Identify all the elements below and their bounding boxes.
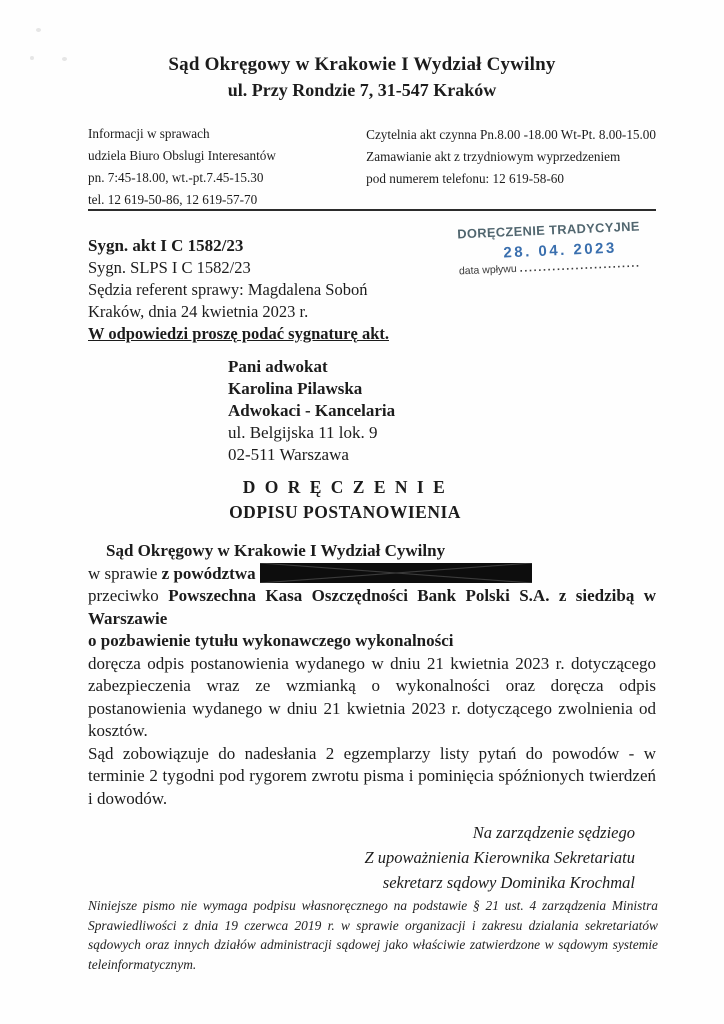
legal-footnote: Niniejsze pismo nie wymaga podpisu własn…: [88, 896, 658, 974]
court-letterhead: Sąd Okręgowy w Krakowie I Wydział Cywiln…: [0, 54, 724, 101]
body-defendant-line: przeciwko Powszechna Kasa Oszczędności B…: [88, 585, 656, 630]
contact-info-right: Czytelnia akt czynna Pn.8.00 -18.00 Wt-P…: [366, 123, 656, 211]
signature-block: Na zarządzenie sędziego Z upoważnienia K…: [364, 820, 635, 895]
place-date-line: Kraków, dnia 24 kwietnia 2023 r.: [88, 301, 389, 323]
signature-clerk-name: sekretarz sądowy Dominika Krochmal: [364, 870, 635, 895]
contact-line: udziela Biuro Obslugi Interesantów: [88, 145, 276, 167]
defendant-intro: przeciwko: [88, 586, 168, 605]
court-name: Sąd Okręgowy w Krakowie I Wydział Cywiln…: [0, 54, 724, 76]
receipt-stamp: DORĘCZENIE TRADYCYJNE 28. 04. 2023 data …: [457, 218, 663, 278]
addressee-name: Karolina Pilawska: [228, 378, 395, 400]
reference-note: W odpowiedzi proszę podać sygnaturę akt.: [88, 323, 389, 345]
redacted-plaintiff-name: [260, 563, 532, 583]
signature-authorization: Z upoważnienia Kierownika Sekretariatu: [364, 845, 635, 870]
contact-line: tel. 12 619-50-86, 12 619-57-70: [88, 189, 276, 211]
plaintiff-intro-bold: z powództwa: [162, 564, 260, 583]
addressee-firm: Adwokaci - Kancelaria: [228, 400, 395, 422]
body-court-line: Sąd Okręgowy w Krakowie I Wydział Cywiln…: [88, 540, 656, 563]
contact-line: Informacji w sprawach: [88, 123, 276, 145]
document-title-line1: D O R Ę C Z E N I E: [61, 477, 629, 498]
case-reference-block: Sygn. akt I C 1582/23 Sygn. SLPS I C 158…: [88, 235, 389, 345]
horizontal-divider: [88, 209, 656, 211]
body-plaintiff-line: w sprawie z powództwa: [88, 563, 656, 586]
signature-authority: Na zarządzenie sędziego: [364, 820, 635, 845]
body-subject-line: o pozbawienie tytułu wykonawczego wykona…: [88, 630, 656, 653]
addressee-street: ul. Belgijska 11 lok. 9: [228, 422, 395, 444]
letter-body: Sąd Okręgowy w Krakowie I Wydział Cywiln…: [88, 540, 656, 810]
phone-number-line: pod numerem telefonu: 12 619-58-60: [366, 168, 656, 190]
court-address: ul. Przy Rondzie 7, 31-547 Kraków: [0, 80, 724, 101]
plaintiff-intro: w sprawie: [88, 564, 162, 583]
stamp-label: data wpływu: [459, 263, 517, 278]
defendant-name: Powszechna Kasa Oszczędności Bank Polski…: [88, 586, 656, 628]
judge-line: Sędzia referent sprawy: Magdalena Soboń: [88, 279, 389, 301]
scan-artifact: [36, 28, 41, 32]
stamp-dotted-line: ..........................: [519, 258, 640, 275]
document-title-line2: ODPISU POSTANOWIENIA: [61, 502, 629, 523]
body-paragraph-1: doręcza odpis postanowienia wydanego w d…: [88, 653, 656, 743]
file-ordering-info: Zamawianie akt z trzydniowym wyprzedzeni…: [366, 146, 656, 168]
addressee-city: 02-511 Warszawa: [228, 444, 395, 466]
document-title: D O R Ę C Z E N I E ODPISU POSTANOWIENIA: [61, 477, 629, 523]
reading-room-hours: Czytelnia akt czynna Pn.8.00 -18.00 Wt-P…: [366, 124, 656, 146]
scanned-court-letter: Sąd Okręgowy w Krakowie I Wydział Cywiln…: [0, 0, 724, 1024]
addressee-salutation: Pani adwokat: [228, 356, 395, 378]
addressee-block: Pani adwokat Karolina Pilawska Adwokaci …: [228, 356, 395, 466]
contact-line: pn. 7:45-18.00, wt.-pt.7.45-15.30: [88, 167, 276, 189]
body-paragraph-2: Sąd zobowiązuje do nadesłania 2 egzempla…: [88, 743, 656, 811]
case-number: Sygn. akt I C 1582/23: [88, 235, 389, 257]
contact-info: Informacji w sprawach udziela Biuro Obsl…: [88, 123, 656, 211]
slps-number: Sygn. SLPS I C 1582/23: [88, 257, 389, 279]
contact-info-left: Informacji w sprawach udziela Biuro Obsl…: [88, 123, 276, 211]
